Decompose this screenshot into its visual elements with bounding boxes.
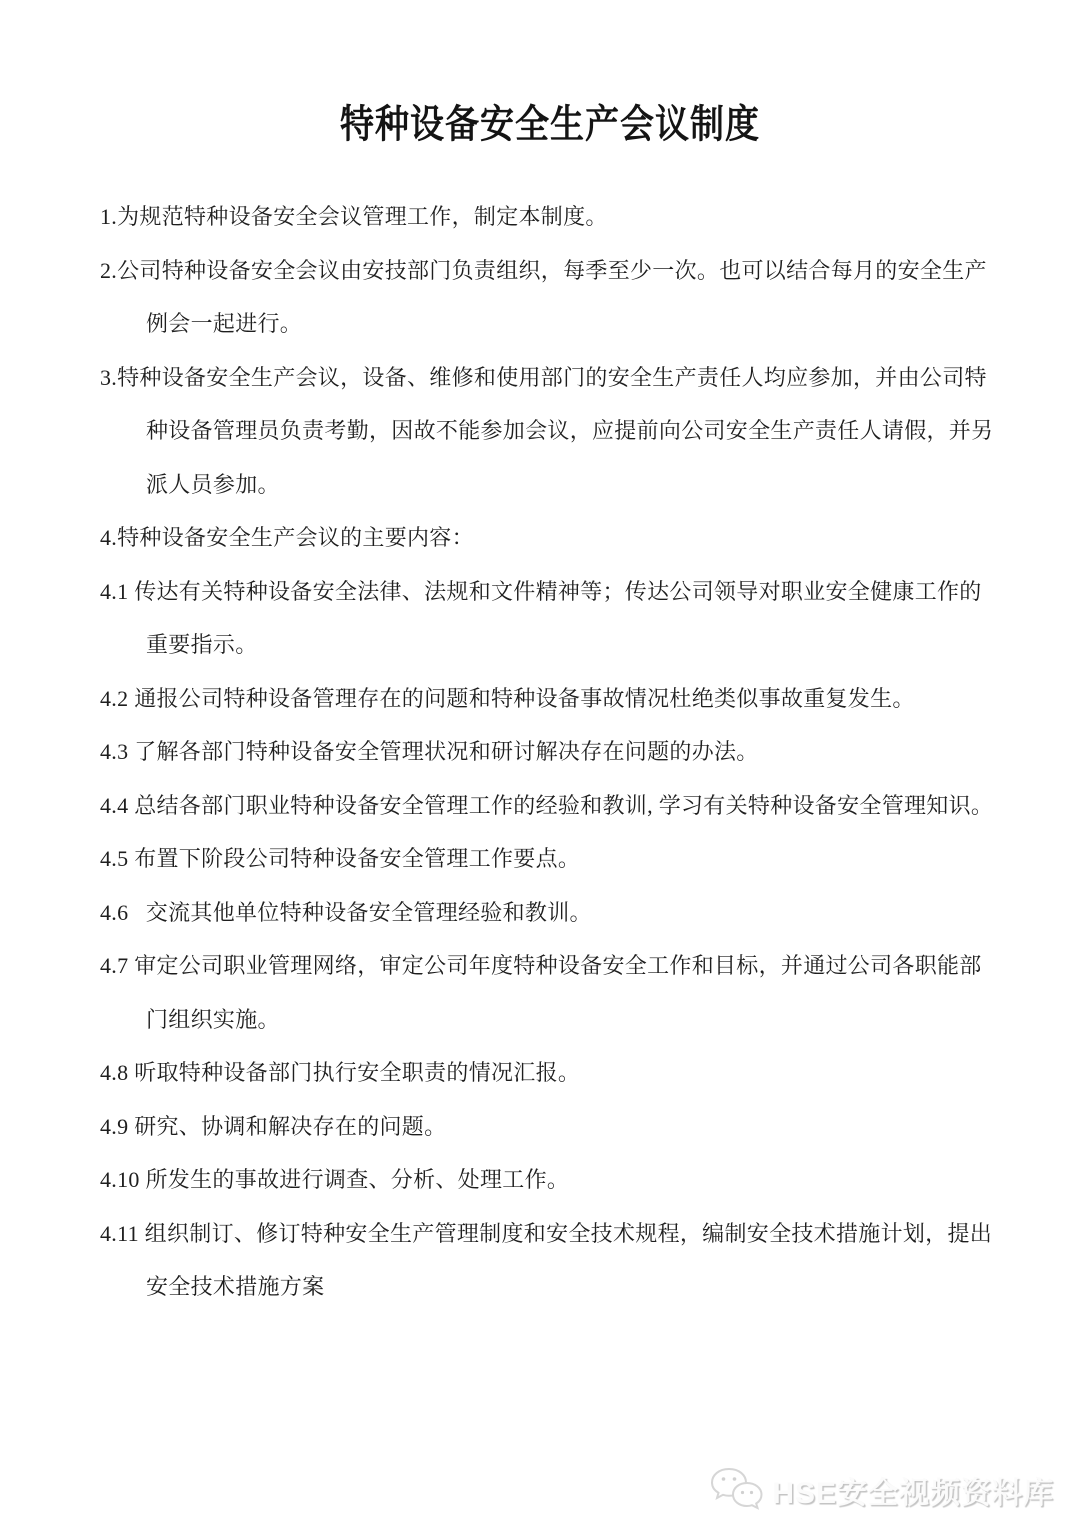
document-title: 特种设备安全生产会议制度 (100, 96, 1000, 156)
text-line: 4.10 所发生的事故进行调查、分析、处理工作。 (100, 1153, 1000, 1207)
text-line: 重要指示。 (100, 618, 1000, 672)
text-line: 4.5 布置下阶段公司特种设备安全管理工作要点。 (100, 832, 1000, 886)
paragraph: 2.公司特种设备安全会议由安技部门负责组织，每季至少一次。也可以结合每月的安全生… (100, 244, 1000, 351)
text-line: 种设备管理员负责考勤，因故不能参加会议，应提前向公司安全生产责任人请假，并另 (100, 404, 1000, 458)
document-page: 特种设备安全生产会议制度 1.为规范特种设备安全会议管理工作，制定本制度。 2.… (100, 100, 1000, 1314)
wechat-icon (709, 1466, 765, 1514)
text-line: 1.为规范特种设备安全会议管理工作，制定本制度。 (100, 190, 1000, 244)
paragraph: 4.2 通报公司特种设备管理存在的问题和特种设备事故情况杜绝类似事故重复发生。 (100, 672, 1000, 726)
paragraph: 4.3 了解各部门特种设备安全管理状况和研讨解决存在问题的办法。 (100, 725, 1000, 779)
text-line: 4.3 了解各部门特种设备安全管理状况和研讨解决存在问题的办法。 (100, 725, 1000, 779)
text-line: 2.公司特种设备安全会议由安技部门负责组织，每季至少一次。也可以结合每月的安全生… (100, 244, 1000, 298)
paragraph: 1.为规范特种设备安全会议管理工作，制定本制度。 (100, 190, 1000, 244)
text-line: 4.2 通报公司特种设备管理存在的问题和特种设备事故情况杜绝类似事故重复发生。 (100, 672, 1000, 726)
watermark-text: HSE安全视频资料库 (772, 1468, 1054, 1512)
paragraph: 4.特种设备安全生产会议的主要内容： (100, 511, 1000, 565)
text-line: 门组织实施。 (100, 993, 1000, 1047)
text-line: 4.特种设备安全生产会议的主要内容： (100, 511, 1000, 565)
text-line: 4.8 听取特种设备部门执行安全职责的情况汇报。 (100, 1046, 1000, 1100)
paragraph: 4.4 总结各部门职业特种设备安全管理工作的经验和教训, 学习有关特种设备安全管… (100, 779, 1000, 833)
paragraph: 4.9 研究、协调和解决存在的问题。 (100, 1100, 1000, 1154)
paragraph: 3.特种设备安全生产会议，设备、维修和使用部门的安全生产责任人均应参加，并由公司… (100, 351, 1000, 512)
text-line: 4.7 审定公司职业管理网络，审定公司年度特种设备安全工作和目标，并通过公司各职… (100, 939, 1000, 993)
text-line: 派人员参加。 (100, 458, 1000, 512)
paragraph: 4.10 所发生的事故进行调查、分析、处理工作。 (100, 1153, 1000, 1207)
text-line: 例会一起进行。 (100, 297, 1000, 351)
paragraph: 4.1 传达有关特种设备安全法律、法规和文件精神等；传达公司领导对职业安全健康工… (100, 565, 1000, 672)
watermark: HSE安全视频资料库 (709, 1466, 1054, 1514)
paragraph: 4.6 交流其他单位特种设备安全管理经验和教训。 (100, 886, 1000, 940)
text-line: 4.11 组织制订、修订特种安全生产管理制度和安全技术规程，编制安全技术措施计划… (100, 1207, 1000, 1261)
paragraph: 4.7 审定公司职业管理网络，审定公司年度特种设备安全工作和目标，并通过公司各职… (100, 939, 1000, 1046)
text-line: 4.9 研究、协调和解决存在的问题。 (100, 1100, 1000, 1154)
paragraph: 4.11 组织制订、修订特种安全生产管理制度和安全技术规程，编制安全技术措施计划… (100, 1207, 1000, 1314)
text-line: 安全技术措施方案 (100, 1260, 1000, 1314)
text-line: 3.特种设备安全生产会议，设备、维修和使用部门的安全生产责任人均应参加，并由公司… (100, 351, 1000, 405)
text-line: 4.4 总结各部门职业特种设备安全管理工作的经验和教训, 学习有关特种设备安全管… (100, 779, 1000, 833)
paragraph: 4.8 听取特种设备部门执行安全职责的情况汇报。 (100, 1046, 1000, 1100)
text-line: 4.6 交流其他单位特种设备安全管理经验和教训。 (100, 886, 1000, 940)
paragraph: 4.5 布置下阶段公司特种设备安全管理工作要点。 (100, 832, 1000, 886)
text-line: 4.1 传达有关特种设备安全法律、法规和文件精神等；传达公司领导对职业安全健康工… (100, 565, 1000, 619)
